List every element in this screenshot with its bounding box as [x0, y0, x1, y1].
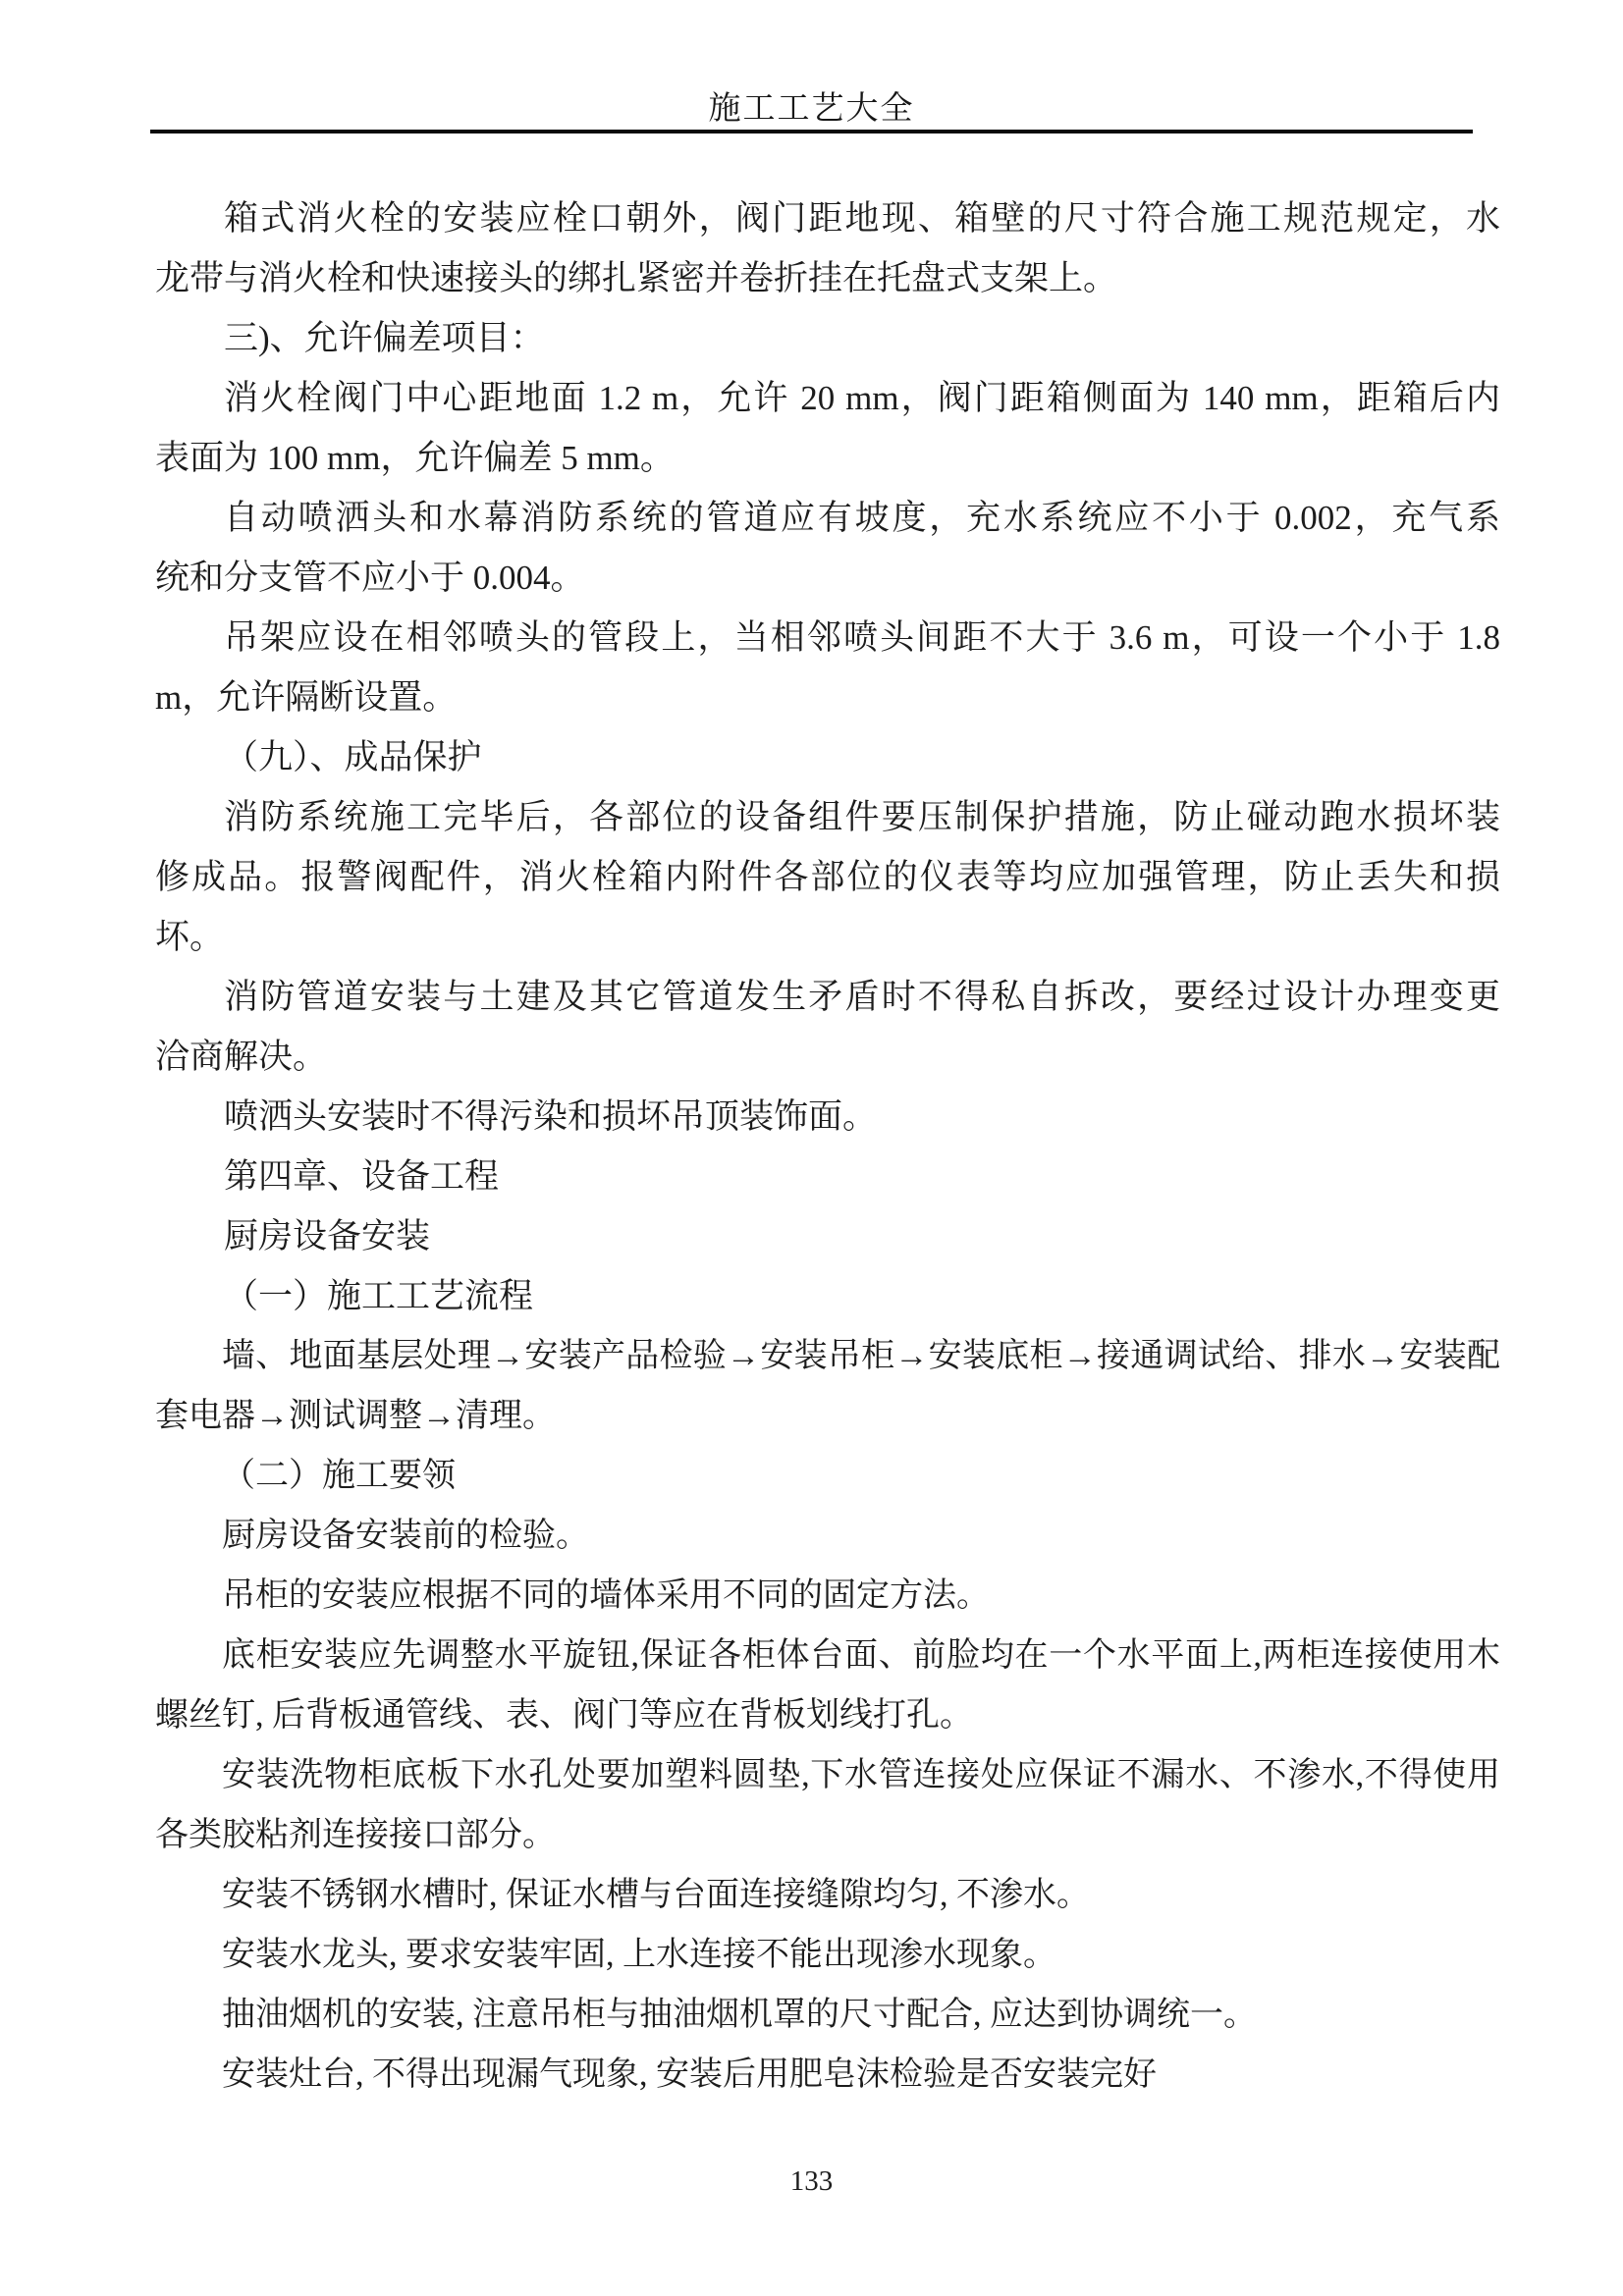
text-line: 厨房设备安装前的检验。: [155, 1506, 1500, 1566]
text-line: 消防系统施工完毕后，各部位的设备组件要压制保护措施，防止碰动跑水损坏装: [155, 787, 1500, 847]
text-line: 安装灶台, 不得出现漏气现象, 安装后用肥皂沫检验是否安装完好: [155, 2045, 1500, 2105]
text-line: 第四章、设备工程: [155, 1147, 1500, 1206]
text-line: 吊柜的安装应根据不同的墙体采用不同的固定方法。: [155, 1566, 1500, 1626]
text-line: （二）施工要领: [155, 1446, 1500, 1506]
text-line: 吊架应设在相邻喷头的管段上，当相邻喷头间距不大于 3.6 m，可设一个小于 1.…: [155, 608, 1500, 667]
text-line: （九）、成品保护: [155, 727, 1500, 787]
text-line: m，允许隔断设置。: [155, 667, 1500, 727]
text-line: 安装水龙头, 要求安装牢固, 上水连接不能出现渗水现象。: [155, 1925, 1500, 1985]
text-line: 抽油烟机的安装, 注意吊柜与抽油烟机罩的尺寸配合, 应达到协调统一。: [155, 1985, 1500, 2045]
text-line: 洽商解决。: [155, 1027, 1500, 1087]
text-line: 表面为 100 mm，允许偏差 5 mm。: [155, 428, 1500, 488]
text-line: 龙带与消火栓和快速接头的绑扎紧密并卷折挂在托盘式支架上。: [155, 248, 1500, 308]
text-line: 统和分支管不应小于 0.004。: [155, 548, 1500, 608]
page-number: 133: [0, 2165, 1623, 2198]
text-line: 三)、允许偏差项目：: [155, 308, 1500, 368]
text-line: 底柜安装应先调整水平旋钮,保证各柜体台面、前脸均在一个水平面上,两柜连接使用木: [155, 1626, 1500, 1685]
text-line: 螺丝钉, 后背板通管线、表、阀门等应在背板划线打孔。: [155, 1685, 1500, 1745]
text-line: 消火栓阀门中心距地面 1.2 m，允许 20 mm，阀门距箱侧面为 140 mm…: [155, 368, 1500, 428]
header-divider-rule: [150, 130, 1473, 133]
text-line: 套电器→测试调整→清理。: [155, 1386, 1500, 1446]
text-line: 坏。: [155, 907, 1500, 967]
text-line: 箱式消火栓的安装应栓口朝外，阀门距地现、箱壁的尺寸符合施工规范规定，水: [155, 188, 1500, 248]
document-body: 箱式消火栓的安装应栓口朝外，阀门距地现、箱壁的尺寸符合施工规范规定，水龙带与消火…: [155, 188, 1500, 2105]
document-page: 施工工艺大全 箱式消火栓的安装应栓口朝外，阀门距地现、箱壁的尺寸符合施工规范规定…: [0, 0, 1623, 2296]
text-line: 墙、地面基层处理→安装产品检验→安装吊柜→安装底柜→接通调试给、排水→安装配: [155, 1326, 1500, 1386]
text-line: 消防管道安装与土建及其它管道发生矛盾时不得私自拆改，要经过设计办理变更: [155, 967, 1500, 1027]
page-header-title: 施工工艺大全: [0, 82, 1623, 129]
text-line: 厨房设备安装: [155, 1206, 1500, 1266]
text-line: 各类胶粘剂连接接口部分。: [155, 1805, 1500, 1865]
text-line: 修成品。报警阀配件，消火栓箱内附件各部位的仪表等均应加强管理，防止丢失和损: [155, 847, 1500, 907]
text-line: 喷洒头安装时不得污染和损坏吊顶装饰面。: [155, 1087, 1500, 1147]
text-line: 安装不锈钢水槽时, 保证水槽与台面连接缝隙均匀, 不渗水。: [155, 1865, 1500, 1925]
text-line: 自动喷洒头和水幕消防系统的管道应有坡度，充水系统应不小于 0.002，充气系: [155, 488, 1500, 548]
text-line: 安装洗物柜底板下水孔处要加塑料圆垫,下水管连接处应保证不漏水、不渗水,不得使用: [155, 1745, 1500, 1805]
text-line: （一）施工工艺流程: [155, 1266, 1500, 1326]
